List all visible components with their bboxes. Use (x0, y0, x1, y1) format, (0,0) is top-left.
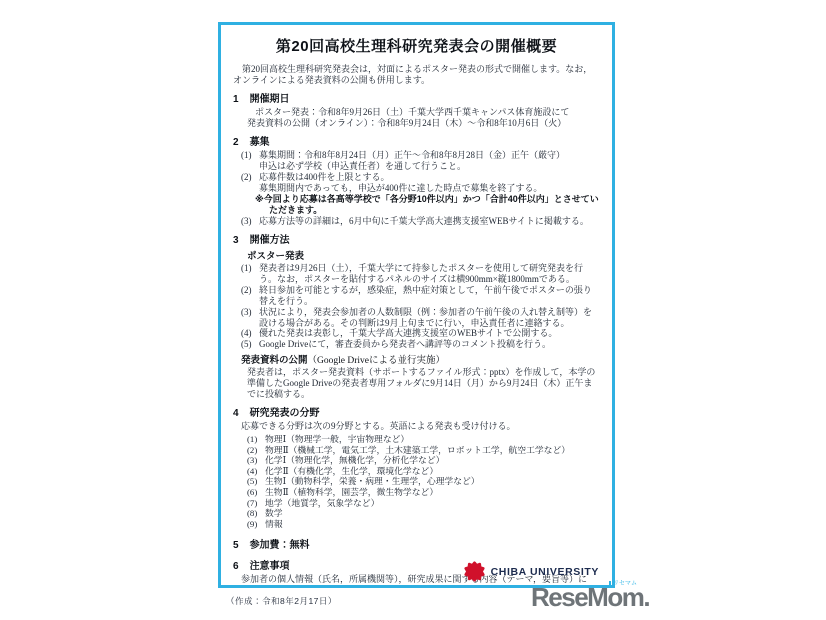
item-marker: (3) (241, 307, 259, 329)
subsection-title: 発表資料の公開 (241, 355, 308, 366)
item-marker: (4) (247, 466, 265, 477)
section-5-heading: 5 参加費：無料 (233, 536, 600, 551)
section-number: 2 (233, 137, 239, 148)
item-text: 化学Ⅰ（物理化学，無機化学，分析化学など） (265, 455, 600, 466)
section-2: 2 募集 (1) 募集期間：令和8年8月24日（月）正午～令和8年8月28日（金… (233, 133, 600, 227)
item-text: 応募方法等の詳細は，6月中旬に千葉大学高大連携支援室WEBサイトに掲載する。 (259, 216, 600, 227)
intro-paragraph: 第20回高校生理科研究発表会は，対面によるポスター発表の形式で開催します。なお，… (233, 64, 600, 86)
item-text: 発表者は9月26日（土），千葉大学にて持参したポスターを使用して研究発表を行う。… (259, 263, 600, 285)
section-number: 3 (233, 235, 239, 246)
item-text: 生物Ⅰ（動物科学，栄養・病理・生理学，心理学など） (265, 476, 600, 487)
section-number: 4 (233, 408, 239, 419)
section-number: 1 (233, 94, 239, 105)
section-1: 1 開催期日 ポスター発表：令和8年9月26日（土）千葉大学西千葉キャンパス体育… (233, 90, 600, 129)
item-text: 情報 (265, 519, 600, 530)
list-item: (2) 終日参加を可能とするが，感染症，熱中症対策として，午前午後でポスターの張… (241, 285, 600, 307)
section-2-heading: 2 募集 (233, 133, 600, 148)
item-marker: (1) (241, 150, 259, 172)
item-text: 物理Ⅰ（物理学一般，宇宙物理など） (265, 434, 600, 445)
field-item: (2)物理Ⅱ（機械工学，電気工学，土木建築工学，ロボット工学，航空工学など） (247, 445, 600, 456)
section-3-heading: 3 開催方法 (233, 231, 600, 246)
chiba-university-logo: CHIBA UNIVERSITY (464, 561, 599, 582)
chiba-emblem-icon (464, 561, 485, 582)
item-text: 数学 (265, 508, 600, 519)
materials-paragraph: 発表者は，ポスター発表資料（サポートするファイル形式：pptx）を作成して，本学… (247, 367, 600, 400)
emphasis-note: ※今回より応募は各高等学校で「各分野10件以内」かつ「合計40件以内」とさせてい… (233, 194, 600, 216)
creation-date-note: （作成：令和8年2月17日） (226, 595, 337, 607)
subsection-poster-heading: ポスター発表 (247, 248, 600, 262)
item-text: 地学（地質学，気象学など） (265, 498, 600, 509)
item-marker: (1) (247, 434, 265, 445)
item-marker: (2) (241, 172, 259, 194)
item-marker: (7) (247, 498, 265, 509)
item-marker: (3) (241, 216, 259, 227)
field-item: (8)数学 (247, 508, 600, 519)
subsection-title-note: （Google Driveによる並行実施） (308, 356, 445, 366)
list-item: (4) 優れた発表は表彰し，千葉大学高大連携支援室のWEBサイトで公開する。 (241, 328, 600, 339)
document: 第20回高校生理科研究発表会の開催概要 第20回高校生理科研究発表会は，対面によ… (218, 22, 615, 588)
item-text: 状況により，発表会参加者の人数制限（例：参加者の午前午後の入れ替え制等）を設ける… (259, 307, 600, 329)
list-item: (1) 募集期間：令和8年8月24日（月）正午～令和8年8月28日（金）正午（厳… (241, 150, 600, 172)
section-3: 3 開催方法 ポスター発表 (1) 発表者は9月26日（土），千葉大学にて持参し… (233, 231, 600, 401)
section-title: 研究発表の分野 (250, 404, 320, 419)
field-item: (6)生物Ⅱ（植物科学，園芸学，微生物学など） (247, 487, 600, 498)
item-marker: (3) (247, 455, 265, 466)
section-title: 注意事項 (250, 557, 290, 572)
resemom-ruby-label: リセマム (609, 581, 637, 587)
fields-intro: 応募できる分野は次の9分野とする。英語による発表も受け付ける。 (241, 421, 600, 432)
item-text: 物理Ⅱ（機械工学，電気工学，土木建築工学，ロボット工学，航空工学など） (265, 445, 600, 456)
list-item: (3) 状況により，発表会参加者の人数制限（例：参加者の午前午後の入れ替え制等）… (241, 307, 600, 329)
item-marker: (5) (247, 476, 265, 487)
section-title: 募集 (250, 133, 270, 148)
field-item: (4)化学Ⅱ（有機化学，生化学，環境化学など） (247, 466, 600, 477)
item-text: 終日参加を可能とするが，感染症，熱中症対策として，午前午後でポスターの張り替えを… (259, 285, 600, 307)
item-text: 化学Ⅱ（有機化学，生化学，環境化学など） (265, 466, 600, 477)
page-title: 第20回高校生理科研究発表会の開催概要 (233, 35, 600, 56)
item-marker: (9) (247, 519, 265, 530)
section-1-heading: 1 開催期日 (233, 90, 600, 105)
item-marker: (6) (247, 487, 265, 498)
section-number: 6 (233, 561, 239, 572)
section-title: 開催期日 (250, 90, 290, 105)
item-text: 優れた発表は表彰し，千葉大学高大連携支援室のWEBサイトで公開する。 (259, 328, 600, 339)
item-text: 応募件数は400件を上限とする。 募集期間内であっても，申込が400件に達した時… (259, 172, 600, 194)
list-item: (1) 発表者は9月26日（土），千葉大学にて持参したポスターを使用して研究発表… (241, 263, 600, 285)
list-item: (3) 応募方法等の詳細は，6月中旬に千葉大学高大連携支援室WEBサイトに掲載す… (241, 216, 600, 227)
item-marker: (2) (247, 445, 265, 456)
section-4-heading: 4 研究発表の分野 (233, 404, 600, 419)
schedule-line: 発表資料の公開（オンライン）：令和8年9月24日（木）～令和8年10月6日（火） (247, 118, 600, 129)
item-marker: (1) (241, 263, 259, 285)
section-title: 開催方法 (250, 231, 290, 246)
item-text: Google Driveにて，審査委員から発表者へ講評等のコメント投稿を行う。 (259, 339, 600, 350)
field-item: (9)情報 (247, 519, 600, 530)
item-marker: (4) (241, 328, 259, 339)
field-item: (5)生物Ⅰ（動物科学，栄養・病理・生理学，心理学など） (247, 476, 600, 487)
list-item: (5) Google Driveにて，審査委員から発表者へ講評等のコメント投稿を… (241, 339, 600, 350)
subsection-materials-heading: 発表資料の公開（Google Driveによる並行実施） (241, 352, 600, 366)
item-marker: (8) (247, 508, 265, 519)
field-item: (7)地学（地質学，気象学など） (247, 498, 600, 509)
item-marker: (2) (241, 285, 259, 307)
item-text: 生物Ⅱ（植物科学，園芸学，微生物学など） (265, 487, 600, 498)
section-number: 5 (233, 540, 239, 551)
item-text: 募集期間：令和8年8月24日（月）正午～令和8年8月28日（金）正午（厳守） 申… (259, 150, 600, 172)
item-marker: (5) (241, 339, 259, 350)
chiba-university-wordmark: CHIBA UNIVERSITY (491, 566, 599, 578)
section-5: 5 参加費：無料 (233, 536, 600, 551)
field-item: (3)化学Ⅰ（物理化学，無機化学，分析化学など） (247, 455, 600, 466)
field-item: (1)物理Ⅰ（物理学一般，宇宙物理など） (247, 434, 600, 445)
resemom-wordmark: ReseMom. (531, 584, 651, 610)
fields-list: (1)物理Ⅰ（物理学一般，宇宙物理など） (2)物理Ⅱ（機械工学，電気工学，土木… (233, 434, 600, 529)
section-4: 4 研究発表の分野 応募できる分野は次の9分野とする。英語による発表も受け付ける… (233, 404, 600, 529)
schedule-line: ポスター発表：令和8年9月26日（土）千葉大学西千葉キャンパス体育施設にて (255, 107, 600, 118)
section-title: 参加費：無料 (250, 536, 310, 551)
list-item: (2) 応募件数は400件を上限とする。 募集期間内であっても，申込が400件に… (241, 172, 600, 194)
resemom-logo: リセマム ReseMom. (531, 584, 651, 618)
page: { "page": { "footer_note": "（作成：令和8年2月17… (0, 0, 826, 620)
